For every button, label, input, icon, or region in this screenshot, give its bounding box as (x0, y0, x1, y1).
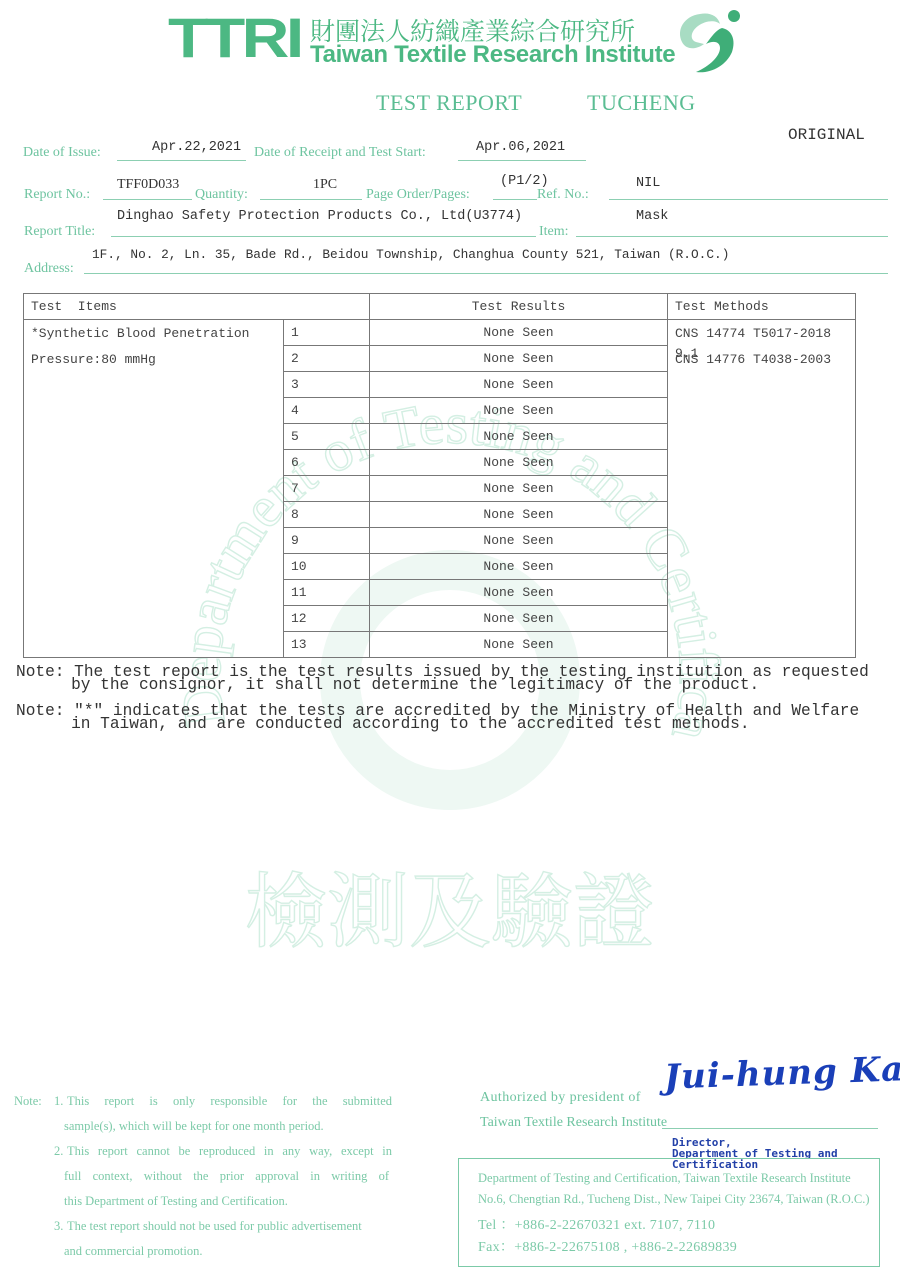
contact-address: No.6, Chengtian Rd., Tucheng Dist., New … (478, 1192, 870, 1207)
test-result-cell: None Seen (370, 320, 668, 346)
report-no-line (103, 199, 192, 200)
ref-no-value: NIL (636, 176, 660, 191)
footer-note-number: 3. (54, 1214, 67, 1239)
table-row: *Synthetic Blood PenetrationPressure:80 … (24, 320, 856, 346)
address-value: 1F., No. 2, Ln. 35, Bade Rd., Beidou Tow… (92, 247, 729, 262)
table-header-row: Test Items Test Results Test Methods (24, 294, 856, 320)
sample-number-cell: 8 (284, 502, 370, 528)
ttri-logo-icon (670, 6, 750, 76)
test-result-cell: None Seen (370, 346, 668, 372)
sample-number-cell: 3 (284, 372, 370, 398)
sample-number-cell: 13 (284, 632, 370, 658)
sample-number-cell: 9 (284, 528, 370, 554)
sample-number-cell: 1 (284, 320, 370, 346)
director-signature: Jui-hung Kao (663, 1048, 900, 1097)
footer-note-text: sample(s), which will be kept for one mo… (14, 1114, 392, 1139)
item-line (576, 236, 888, 237)
test-result-cell: None Seen (370, 606, 668, 632)
test-result-cell: None Seen (370, 476, 668, 502)
test-result-cell: None Seen (370, 554, 668, 580)
note-text-line2: by the consignor, it shall not determine… (16, 679, 869, 692)
footer-note-text: this Department of Testing and Certifica… (14, 1189, 392, 1214)
note-text-line2: in Taiwan, and are conducted according t… (16, 718, 859, 731)
sample-number-cell: 11 (284, 580, 370, 606)
test-result-cell: None Seen (370, 450, 668, 476)
test-result-cell: None Seen (370, 528, 668, 554)
note-legitimacy: Note: The test report is the test result… (16, 666, 869, 692)
report-location-heading: TUCHENG (587, 90, 696, 116)
test-method-text: CNS 14776 T4038-2003 (675, 350, 848, 376)
test-item-text: Pressure:80 mmHg (31, 350, 276, 376)
sample-number-cell: 4 (284, 398, 370, 424)
date-of-issue-line (117, 160, 246, 161)
test-result-cell: None Seen (370, 372, 668, 398)
footer-note-number: 2. (54, 1139, 67, 1164)
header-test-items: Test Items (24, 294, 370, 320)
test-result-cell: None Seen (370, 424, 668, 450)
page-order-line (493, 199, 537, 200)
contact-telephone: Tel ：+886-2-22670321 ext. 7107, 7110 (478, 1214, 715, 1234)
test-method-cell: CNS 14774 T5017-2018 9.1CNS 14776 T4038-… (668, 320, 856, 658)
test-result-cell: None Seen (370, 580, 668, 606)
date-of-receipt-line (458, 160, 586, 161)
address-line (84, 273, 888, 274)
contact-fax: Fax：+886-2-22675108 , +886-2-22689839 (478, 1236, 737, 1256)
sample-number-cell: 12 (284, 606, 370, 632)
signature-line (662, 1128, 878, 1129)
header-test-methods: Test Methods (668, 294, 856, 320)
footer-note-text: The test report should not be used for p… (67, 1219, 362, 1233)
institute-name-english: Taiwan Textile Research Institute (310, 41, 675, 69)
quantity-value: 1PC (313, 177, 337, 193)
sample-number-cell: 10 (284, 554, 370, 580)
test-method-text: CNS 14774 T5017-2018 9.1 (675, 324, 848, 350)
test-result-cell: None Seen (370, 632, 668, 658)
footer-note-label: Note: (14, 1089, 54, 1114)
quantity-line (260, 199, 362, 200)
footer-note-text: full context, without the prior approval… (64, 1164, 389, 1189)
sample-number-cell: 2 (284, 346, 370, 372)
ttri-logo-wordmark: TTRI (168, 10, 301, 66)
report-title-label: Report Title: (24, 224, 95, 240)
sample-number-cell: 5 (284, 424, 370, 450)
note-label: Note: (16, 663, 64, 682)
address-label: Address: (24, 261, 74, 277)
report-title-value: Dinghao Safety Protection Products Co., … (117, 209, 522, 224)
footer-notes: Note:1.This report is only responsible f… (14, 1089, 392, 1264)
report-no-label: Report No.: (24, 187, 90, 203)
report-type-heading: TEST REPORT (376, 90, 522, 116)
item-label: Item: (539, 224, 569, 240)
ref-no-line (609, 199, 888, 200)
test-result-cell: None Seen (370, 398, 668, 424)
page-order-label: Page Order/Pages: (366, 187, 470, 203)
item-value: Mask (636, 209, 668, 224)
test-item-text: *Synthetic Blood Penetration (31, 324, 276, 350)
date-of-issue-value: Apr.22,2021 (152, 140, 241, 155)
date-of-receipt-value: Apr.06,2021 (476, 140, 565, 155)
footer-note-text: and commercial promotion. (14, 1239, 392, 1264)
date-of-receipt-label: Date of Receipt and Test Start: (254, 145, 426, 161)
footer-note-number: 1. (54, 1089, 67, 1114)
quantity-label: Quantity: (195, 187, 248, 203)
authorized-institute-text: Taiwan Textile Research Institute (480, 1115, 667, 1131)
test-item-cell: *Synthetic Blood PenetrationPressure:80 … (24, 320, 284, 658)
date-of-issue-label: Date of Issue: (23, 145, 101, 161)
report-title-line (111, 236, 536, 237)
footer-note-text: This report is only responsible for the … (67, 1089, 392, 1114)
sample-number-cell: 6 (284, 450, 370, 476)
footer-note-text: This report cannot be reproduced in any … (67, 1139, 392, 1164)
original-copy-label: ORIGINAL (788, 126, 865, 144)
header-test-results: Test Results (370, 294, 668, 320)
test-results-table: Test Items Test Results Test Methods *Sy… (23, 293, 856, 658)
watermark-cn-text: 檢測及驗證 (245, 865, 655, 960)
authorized-by-text: Authorized by president of (480, 1090, 641, 1106)
note-label: Note: (16, 702, 64, 721)
ref-no-label: Ref. No.: (537, 187, 589, 203)
note-accreditation: Note: "*" indicates that the tests are a… (16, 705, 859, 731)
sample-number-cell: 7 (284, 476, 370, 502)
report-no-value: TFF0D033 (117, 177, 179, 193)
contact-department: Department of Testing and Certification,… (478, 1171, 851, 1186)
test-result-cell: None Seen (370, 502, 668, 528)
